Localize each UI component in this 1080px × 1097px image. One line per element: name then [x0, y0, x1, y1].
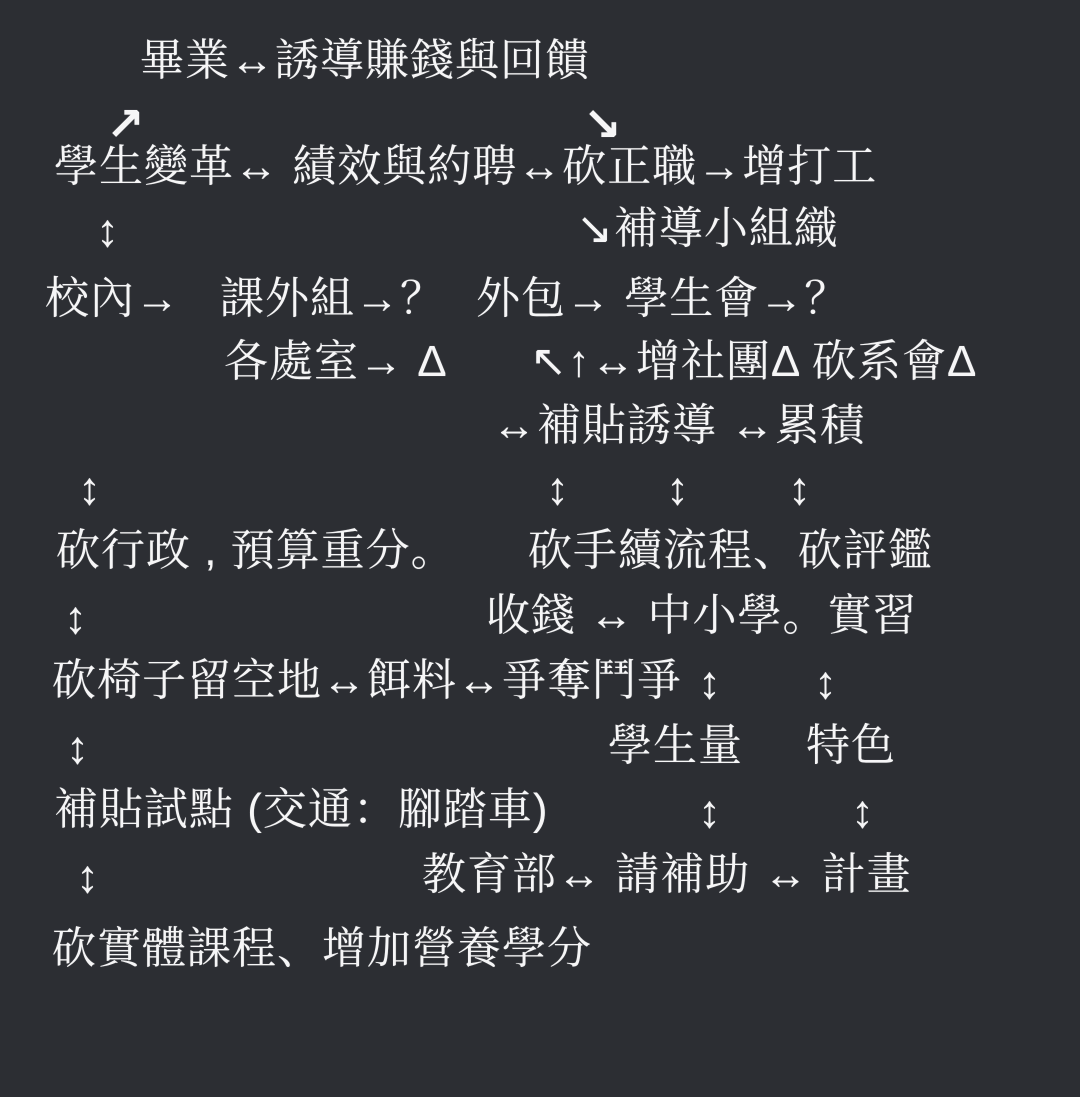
- node-student-reform-performance-chain: 學生變革↔ 績效與約聘↔砍正職→增打工: [54, 142, 877, 193]
- arrow-up-down-icon: ↕: [814, 656, 838, 709]
- arrow-up-down-icon: ↕: [546, 462, 570, 515]
- arrow-up-down-icon: ↕: [698, 785, 722, 838]
- node-extracurricular-group: 課外組→？: [220, 274, 445, 325]
- node-cut-physical-courses-add-credits: 砍實體課程、增加營養學分: [52, 924, 592, 975]
- arrow-up-down-icon: ↕: [666, 462, 690, 515]
- arrow-up-down-icon: ↕: [96, 204, 120, 257]
- node-cut-admin-budget-redistribute: 砍行政 , 預算重分。: [56, 526, 456, 577]
- arrow-up-down-icon: ↕: [76, 850, 100, 903]
- arrow-up-down-icon: ↕: [698, 656, 722, 709]
- node-student-volume: 學生量: [608, 721, 743, 772]
- node-outsourcing-student-council: 外包→ 學生會→？: [476, 274, 849, 325]
- arrow-up-down-icon: ↕: [78, 462, 102, 515]
- node-moe-grant-plan: 教育部↔ 請補助 ↔ 計畫: [422, 850, 912, 901]
- arrow-up-down-icon: ↕: [788, 462, 812, 515]
- node-increase-clubs-cut-dept-assoc: ↖↑↔增社團Δ 砍系會Δ: [530, 337, 977, 388]
- node-graduation-earn-feedback: 畢業↔誘導賺錢與回饋: [140, 36, 590, 87]
- node-subsidy-pilot-transport-bicycle: 補貼試點 (交通：腳踏車): [54, 785, 549, 836]
- arrow-up-down-icon: ↕: [66, 721, 90, 774]
- node-collect-fees-schools-internship: 收錢 ↔ 中小學。實習: [486, 591, 917, 642]
- node-on-campus: 校內→: [45, 274, 180, 325]
- node-cut-chairs-bait-competition: 砍椅子留空地↔餌料↔爭奪鬥爭: [52, 656, 682, 707]
- node-admin-offices: 各處室→ Δ: [224, 337, 448, 388]
- arrow-up-down-icon: ↕: [64, 591, 88, 644]
- node-subsidy-incentive-accumulate: ↔補貼誘導 ↔累積: [492, 401, 865, 452]
- arrow-up-down-icon: ↕: [851, 785, 875, 838]
- concept-map-canvas: 畢業↔誘導賺錢與回饋 ↗ ↘ 學生變革↔ 績效與約聘↔砍正職→增打工 ↕ ↘補導…: [0, 0, 1080, 1097]
- node-distinctive-features: 特色: [806, 721, 896, 772]
- node-tutoring-small-org: ↘補導小組織: [576, 204, 839, 255]
- node-cut-procedures-evaluation: 砍手續流程、砍評鑑: [528, 526, 933, 577]
